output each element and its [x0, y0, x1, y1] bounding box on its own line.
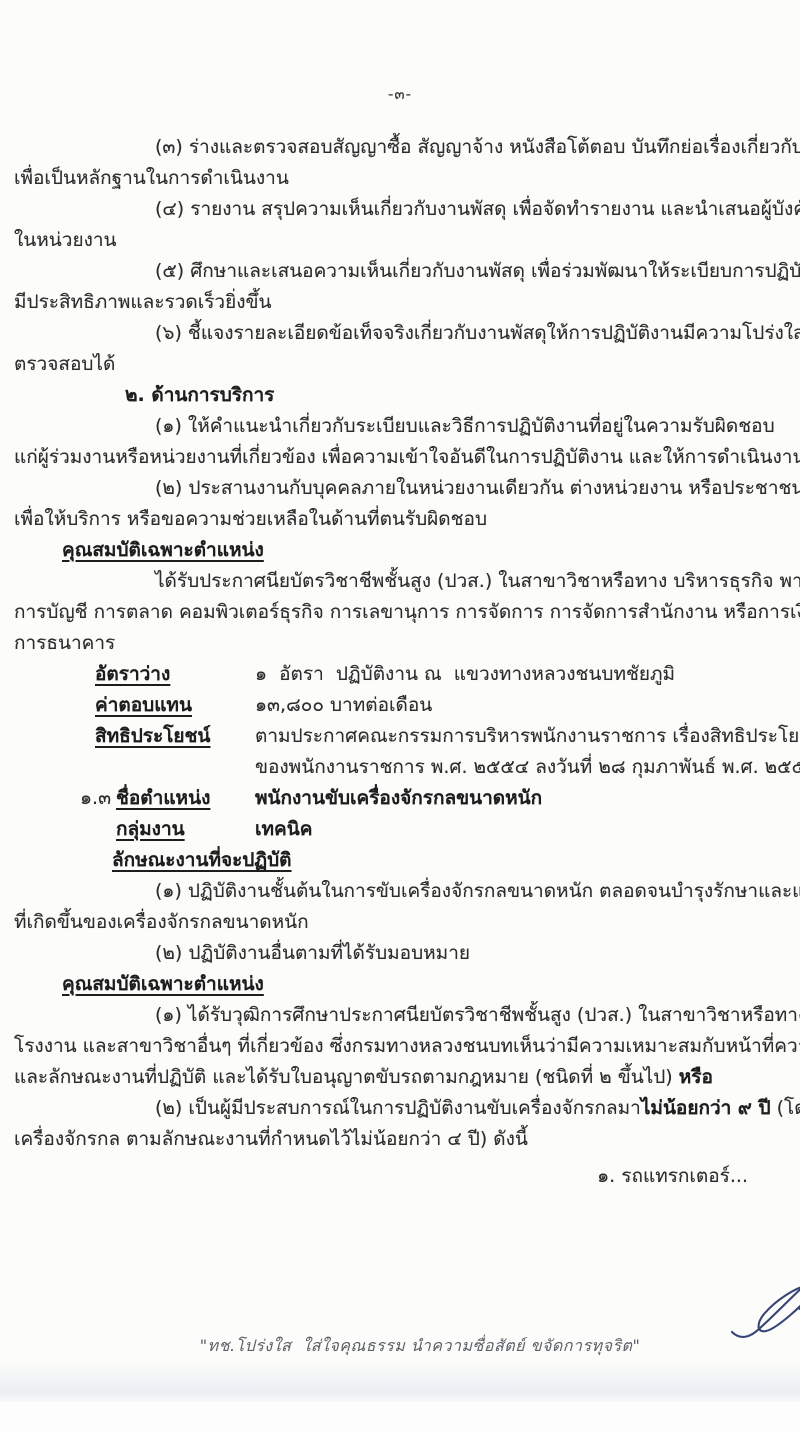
- continuation-note: ๑. รถแทรกเตอร์...: [14, 1161, 794, 1192]
- scan-edge-band: [0, 1362, 800, 1402]
- salary-label: ค่าตอบแทน: [95, 690, 255, 721]
- job-item-1-line1: (๑) ปฏิบัติงานชั้นต้นในการขับเครื่องจักร…: [14, 876, 794, 907]
- work-group-row: กลุ่มงานเทคนิค: [14, 814, 794, 845]
- driver-qual-item2-line1-pre: (๒) เป็นผู้มีประสบการณ์ในการปฏิบัติงานขั…: [155, 1097, 641, 1119]
- position-title-value: พนักงานขับเครื่องจักรกลขนาดหนัก: [255, 787, 542, 809]
- driver-qual-item1-line3-text: และลักษณะงานที่ปฏิบัติ และได้รับใบอนุญาต…: [14, 1066, 679, 1088]
- vacancy-label: อัตราว่าง: [95, 659, 255, 690]
- benefits-label: สิทธิประโยชน์: [95, 721, 255, 752]
- driver-qual-item2-line1: (๒) เป็นผู้มีประสบการณ์ในการปฏิบัติงานขั…: [14, 1093, 794, 1124]
- driver-qual-item1-line3: และลักษณะงานที่ปฏิบัติ และได้รับใบอนุญาต…: [14, 1062, 794, 1093]
- duty-item-6-line1: (๖) ชี้แจงรายละเอียดข้อเท็จจริงเกี่ยวกับ…: [14, 318, 794, 349]
- driver-qual-item1-line2: โรงงาน และสาขาวิชาอื่นๆ ที่เกี่ยวข้อง ซึ…: [14, 1031, 794, 1062]
- service-section-heading: ๒. ด้านการบริการ: [14, 380, 794, 411]
- duty-item-3-line2: เพื่อเป็นหลักฐานในการดำเนินงาน: [14, 163, 794, 194]
- service-item-1-line1: (๑) ให้คำแนะนำเกี่ยวกับระเบียบและวิธีการ…: [14, 411, 794, 442]
- job-item-1-line2: ที่เกิดขึ้นของเครื่องจักรกลขนาดหนัก: [14, 907, 794, 938]
- clerk-qualification-line3: การธนาคาร: [14, 628, 794, 659]
- duty-item-4-line2: ในหน่วยงาน: [14, 225, 794, 256]
- duty-item-5-line1: (๕) ศึกษาและเสนอความเห็นเกี่ยวกับงานพัสด…: [14, 256, 794, 287]
- service-item-2-line2: เพื่อให้บริการ หรือขอความช่วยเหลือในด้าน…: [14, 504, 794, 535]
- benefits-value-line2: ของพนักงานราชการ พ.ศ. ๒๕๕๔ ลงวันที่ ๒๘ ก…: [14, 752, 794, 783]
- signature-ink-icon: [726, 1272, 800, 1342]
- document-page: -๓- (๓) ร่างและตรวจสอบสัญญาซื้อ สัญญาจ้า…: [0, 0, 800, 1433]
- page-number: -๓-: [0, 82, 800, 106]
- document-body: (๓) ร่างและตรวจสอบสัญญาซื้อ สัญญาจ้าง หน…: [0, 132, 800, 1192]
- service-item-1-line2: แก่ผู้ร่วมงานหรือหน่วยงานที่เกี่ยวข้อง เ…: [14, 442, 794, 473]
- position-title-row: ๑.๓ชื่อตำแหน่งพนักงานขับเครื่องจักรกลขนา…: [14, 783, 794, 814]
- duty-item-5-line2: มีประสิทธิภาพและรวดเร็วยิ่งขึ้น: [14, 287, 794, 318]
- driver-qualification-heading: คุณสมบัติเฉพาะตำแหน่ง: [14, 969, 794, 1000]
- work-group-label: กลุ่มงาน: [116, 814, 255, 845]
- service-item-2-line1: (๒) ประสานงานกับบุคคลภายในหน่วยงานเดียวก…: [14, 473, 794, 504]
- job-description-heading: ลักษณะงานที่จะปฏิบัติ: [14, 845, 794, 876]
- driver-qual-item1-line3-bold: หรือ: [679, 1066, 713, 1088]
- position-title-label: ชื่อตำแหน่ง: [116, 783, 255, 814]
- position-number: ๑.๓: [80, 783, 116, 814]
- vacancy-value: ๑ อัตรา ปฏิบัติงาน ณ แขวงทางหลวงชนบทชัยภ…: [255, 663, 675, 685]
- driver-qual-item2-line2: เครื่องจักรกล ตามลักษณะงานที่กำหนดไว้ไม่…: [14, 1124, 794, 1155]
- job-item-2-line1: (๒) ปฏิบัติงานอื่นตามที่ได้รับมอบหมาย: [14, 938, 794, 969]
- duty-item-4-line1: (๔) รายงาน สรุปความเห็นเกี่ยวกับงานพัสดุ…: [14, 194, 794, 225]
- clerk-qualification-line1: ได้รับประกาศนียบัตรวิชาชีพชั้นสูง (ปวส.)…: [14, 566, 794, 597]
- benefits-row: สิทธิประโยชน์ตามประกาศคณะกรรมการบริหารพน…: [14, 721, 794, 752]
- vacancy-row: อัตราว่าง๑ อัตรา ปฏิบัติงาน ณ แขวงทางหลว…: [14, 659, 794, 690]
- duty-item-6-line2: ตรวจสอบได้: [14, 349, 794, 380]
- salary-row: ค่าตอบแทน๑๓,๘๐๐ บาทต่อเดือน: [14, 690, 794, 721]
- driver-qual-item2-line1-post: (โดยจะต้องขับ: [771, 1097, 800, 1119]
- footer-slogan: "ทช.โปร่งใส ใส่ใจคุณธรรม นำความซื่อสัตย์…: [40, 1334, 800, 1359]
- clerk-qualification-heading: คุณสมบัติเฉพาะตำแหน่ง: [14, 535, 794, 566]
- duty-item-3-line1: (๓) ร่างและตรวจสอบสัญญาซื้อ สัญญาจ้าง หน…: [14, 132, 794, 163]
- clerk-qualification-line2: การบัญชี การตลาด คอมพิวเตอร์ธุรกิจ การเล…: [14, 597, 794, 628]
- driver-qual-item2-line1-bold: ไม่น้อยกว่า ๙ ปี: [641, 1097, 771, 1119]
- salary-value: ๑๓,๘๐๐ บาทต่อเดือน: [255, 694, 432, 716]
- scan-bottom-margin: [0, 1402, 800, 1433]
- driver-qual-item1-line1: (๑) ได้รับวุฒิการศึกษาประกาศนียบัตรวิชาช…: [14, 1000, 794, 1031]
- benefits-value-line1: ตามประกาศคณะกรรมการบริหารพนักงานราชการ เ…: [255, 725, 800, 747]
- work-group-value: เทคนิค: [255, 818, 312, 840]
